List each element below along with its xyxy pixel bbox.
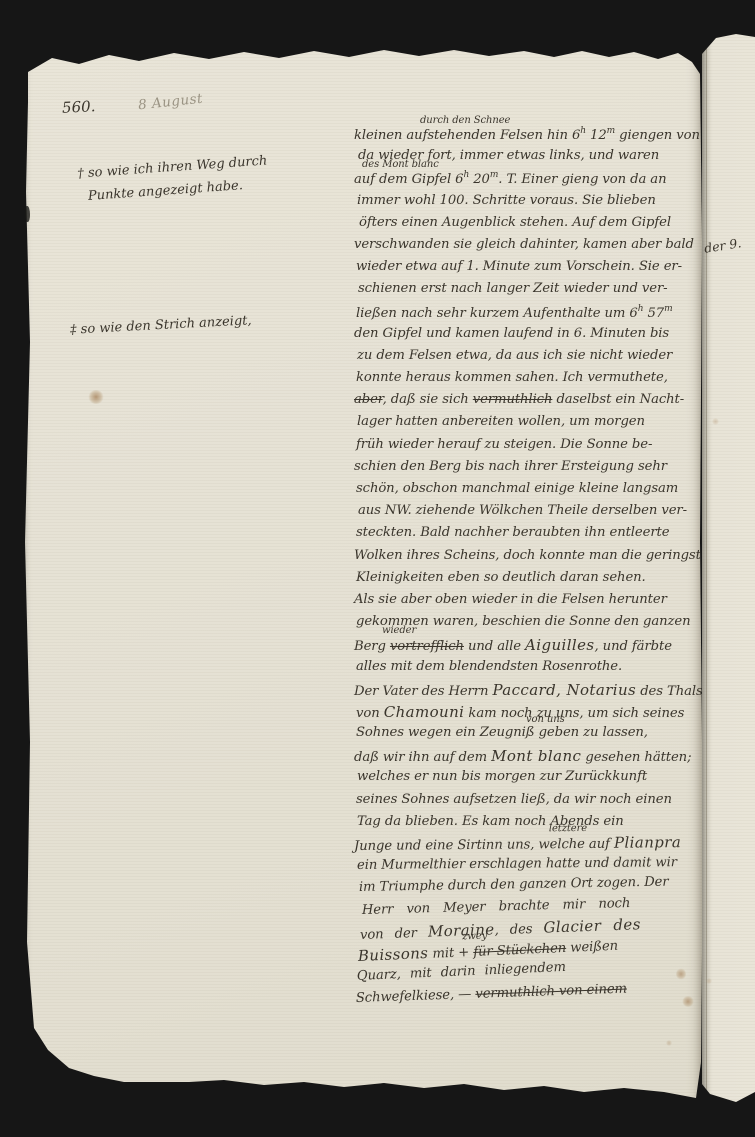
handwritten-text: Der Vater des Herrn <box>354 684 492 699</box>
manuscript-line: wieder etwa auf 1. Minute zum Vorschein.… <box>356 259 702 281</box>
manuscript-line: seines Sohnes aufsetzen ließ, da wir noc… <box>356 792 702 814</box>
handwritten-text: seines Sohnes aufsetzen ließ, da wir noc… <box>356 792 672 807</box>
pencil-date-note: 8 August <box>137 91 203 114</box>
manuscript-line: Als sie aber oben wieder in die Felsen h… <box>354 592 702 614</box>
manuscript-line: schön, obschon manchmal einige kleine la… <box>356 481 702 503</box>
handwritten-text: Aiguilles <box>525 636 594 654</box>
handwritten-text: wieder etwa auf 1. Minute zum Vorschein.… <box>356 259 682 274</box>
foxing-stain <box>682 996 694 1007</box>
handwritten-text: steckten. Bald nachher beraubten ihn ent… <box>356 525 669 540</box>
manuscript-line: auf dem Gipfel 6h 20m. T. Einer gieng vo… <box>354 170 702 192</box>
manuscript-line: welches er nun bis morgen zur Zurückkunf… <box>357 769 702 791</box>
interline-insertion: durch den Schnee <box>420 115 510 126</box>
handwritten-text: immer wohl 100. Schritte voraus. Sie bli… <box>357 193 656 208</box>
next-page-sliver <box>702 32 755 1124</box>
handwritten-text: daselbst ein Nacht- <box>552 392 684 407</box>
ink-blot-edge <box>25 206 30 222</box>
handwritten-text: Schwefelkiese, — <box>356 987 476 1006</box>
handwritten-text: . T. Einer gieng von da an <box>498 172 666 187</box>
handwritten-text: weißen <box>566 939 619 956</box>
handwritten-text: 20 <box>469 172 490 187</box>
handwritten-text: schien den Berg bis nach ihrer Ersteigun… <box>354 459 667 474</box>
manuscript-line: kleinen aufstehenden Felsen hin 6h 12m g… <box>354 126 702 148</box>
margin-note: ‡ so wie den Strich anzeigt, <box>70 309 253 341</box>
manuscript-line: früh wieder herauf zu steigen. Die Sonne… <box>356 437 702 459</box>
handwritten-text: 12 <box>586 128 607 143</box>
handwritten-text: welches er nun bis morgen zur Zurückkunf… <box>357 769 647 784</box>
manuscript-line: aber, daß sie sich vermuthlich daselbst … <box>354 392 702 414</box>
handwritten-text: , des <box>494 921 543 938</box>
handwritten-text: , und färbte <box>595 639 672 654</box>
foxing-stain <box>712 418 719 425</box>
manuscript-line: schien den Berg bis nach ihrer Ersteigun… <box>354 459 702 481</box>
handwritten-text: Sohnes wegen ein Zeugniß geben zu lassen… <box>356 725 648 740</box>
handwritten-text: Wolken ihres Scheins, doch konnte man di… <box>354 548 717 563</box>
handwritten-text: schön, obschon manchmal einige kleine la… <box>356 481 678 496</box>
manuscript-line: Sohnes wegen ein Zeugniß geben zu lassen… <box>356 725 702 747</box>
handwritten-text: m <box>607 126 615 136</box>
manuscript-line: steckten. Bald nachher beraubten ihn ent… <box>356 525 702 547</box>
handwritten-text: , daß sie sich <box>383 392 473 407</box>
handwritten-text: giengen von <box>615 128 700 143</box>
interline-insertion: letztere <box>549 823 587 834</box>
struck-text: aber <box>354 392 383 407</box>
manuscript-line: Berg vortrefflich und alle Aiguilles, un… <box>354 636 702 658</box>
foxing-stain <box>88 390 104 404</box>
handwritten-text: auf dem Gipfel 6 <box>354 172 463 187</box>
interline-insertion: des Mont blanc <box>362 159 439 170</box>
handwritten-text: schienen erst nach langer Zeit wieder un… <box>358 281 668 296</box>
handwritten-text: daß wir ihn auf dem <box>354 750 491 765</box>
handwritten-text: zu dem Felsen etwa, da aus ich sie nicht… <box>357 348 672 363</box>
handwritten-text: m <box>664 304 672 314</box>
handwritten-text: den Gipfel und kamen laufend in 6. Minut… <box>354 326 669 341</box>
handwritten-text: von der <box>360 925 429 942</box>
handwritten-text: alles mit dem blendendsten Rosenrothe. <box>356 659 622 674</box>
handwritten-text: Plianpra <box>614 833 681 852</box>
manuscript-line: konnte heraus kommen sahen. Ich vermuthe… <box>356 370 702 392</box>
margin-note-line: ‡ so wie den Strich anzeigt, <box>70 309 253 341</box>
struck-text: für Stückchen <box>473 941 567 960</box>
handwritten-text: Glacier des <box>543 915 641 936</box>
manuscript-line: Junge und eine Sirtinn uns, welche auf P… <box>354 833 702 858</box>
struck-text: vermuthlich <box>473 392 553 407</box>
interline-insertion: zwey <box>462 930 487 942</box>
handwritten-text: Mont blanc <box>491 747 581 765</box>
handwritten-text: lager hatten anbereiten wollen, um morge… <box>357 414 645 429</box>
handwritten-text: gesehen hätten; <box>581 750 691 765</box>
manuscript-page: 560. 8 August † so wie ich ihren Weg dur… <box>24 42 704 1117</box>
handwritten-text: und alle <box>464 639 525 654</box>
interline-insertion: von uns <box>526 714 565 725</box>
page-fold-crease <box>706 32 707 1124</box>
manuscript-line: daß wir ihn auf dem Mont blanc gesehen h… <box>354 747 702 769</box>
margin-note: † so wie ich ihren Weg durchPunkte angez… <box>77 149 270 208</box>
foxing-stain <box>676 968 686 980</box>
handwritten-text: des Thals <box>636 684 703 699</box>
handwritten-text: Paccard, Notarius <box>492 681 636 699</box>
manuscript-line: ließen nach sehr kurzem Aufenthalte um 6… <box>356 304 702 326</box>
handwritten-text: kam noch zu uns, um sich seines <box>464 706 684 721</box>
handwritten-text: früh wieder herauf zu steigen. Die Sonne… <box>356 437 652 452</box>
handwritten-text: konnte heraus kommen sahen. Ich vermuthe… <box>356 370 668 385</box>
scanned-page-stage: 560. 8 August † so wie ich ihren Weg dur… <box>0 0 755 1137</box>
handwritten-text: ein Murmelthier erschlagen hatte und dam… <box>357 855 677 873</box>
manuscript-line: aus NW. ziehende Wölkchen Theile derselb… <box>358 503 702 525</box>
manuscript-line: zu dem Felsen etwa, da aus ich sie nicht… <box>357 348 702 370</box>
main-text-block: kleinen aufstehenden Felsen hin 6h 12m g… <box>354 126 702 1014</box>
handwritten-text: Chamouni <box>384 703 465 721</box>
handwritten-text: verschwanden sie gleich dahinter, kamen … <box>354 237 694 252</box>
handwritten-text: ließen nach sehr kurzem Aufenthalte um 6 <box>356 306 638 321</box>
handwritten-text: aus NW. ziehende Wölkchen Theile derselb… <box>358 503 687 518</box>
struck-text: vortrefflich <box>390 639 464 654</box>
handwritten-text: Junge und eine Sirtinn uns, welche auf <box>354 837 614 854</box>
manuscript-line: Der Vater des Herrn Paccard, Notarius de… <box>354 681 702 703</box>
handwritten-text: kleinen aufstehenden Felsen hin 6 <box>354 128 580 143</box>
interline-insertion: wieder <box>382 625 416 636</box>
manuscript-line: öfters einen Augenblick stehen. Auf dem … <box>359 215 702 237</box>
manuscript-line: Kleinigkeiten eben so deutlich daran seh… <box>356 570 702 592</box>
manuscript-line: schienen erst nach langer Zeit wieder un… <box>358 281 702 303</box>
handwritten-text: von <box>356 706 384 721</box>
manuscript-line: lager hatten anbereiten wollen, um morge… <box>357 414 702 436</box>
page-number: 560. <box>62 97 96 117</box>
handwritten-text: 57 <box>643 306 664 321</box>
handwritten-text: öfters einen Augenblick stehen. Auf dem … <box>359 215 671 230</box>
handwritten-text: Als sie aber oben wieder in die Felsen h… <box>354 592 667 607</box>
handwritten-text: mit + <box>428 945 474 962</box>
handwritten-text: Buissons <box>358 944 429 965</box>
foxing-stain <box>666 1040 672 1046</box>
handwritten-text: Kleinigkeiten eben so deutlich daran seh… <box>356 570 646 585</box>
manuscript-line: den Gipfel und kamen laufend in 6. Minut… <box>354 326 702 348</box>
manuscript-line: immer wohl 100. Schritte voraus. Sie bli… <box>357 193 702 215</box>
handwritten-text: Berg <box>354 639 390 654</box>
manuscript-line: alles mit dem blendendsten Rosenrothe. <box>356 659 702 681</box>
manuscript-line: verschwanden sie gleich dahinter, kamen … <box>354 237 702 259</box>
foxing-stain <box>706 978 712 984</box>
manuscript-line: Wolken ihres Scheins, doch konnte man di… <box>354 548 702 570</box>
